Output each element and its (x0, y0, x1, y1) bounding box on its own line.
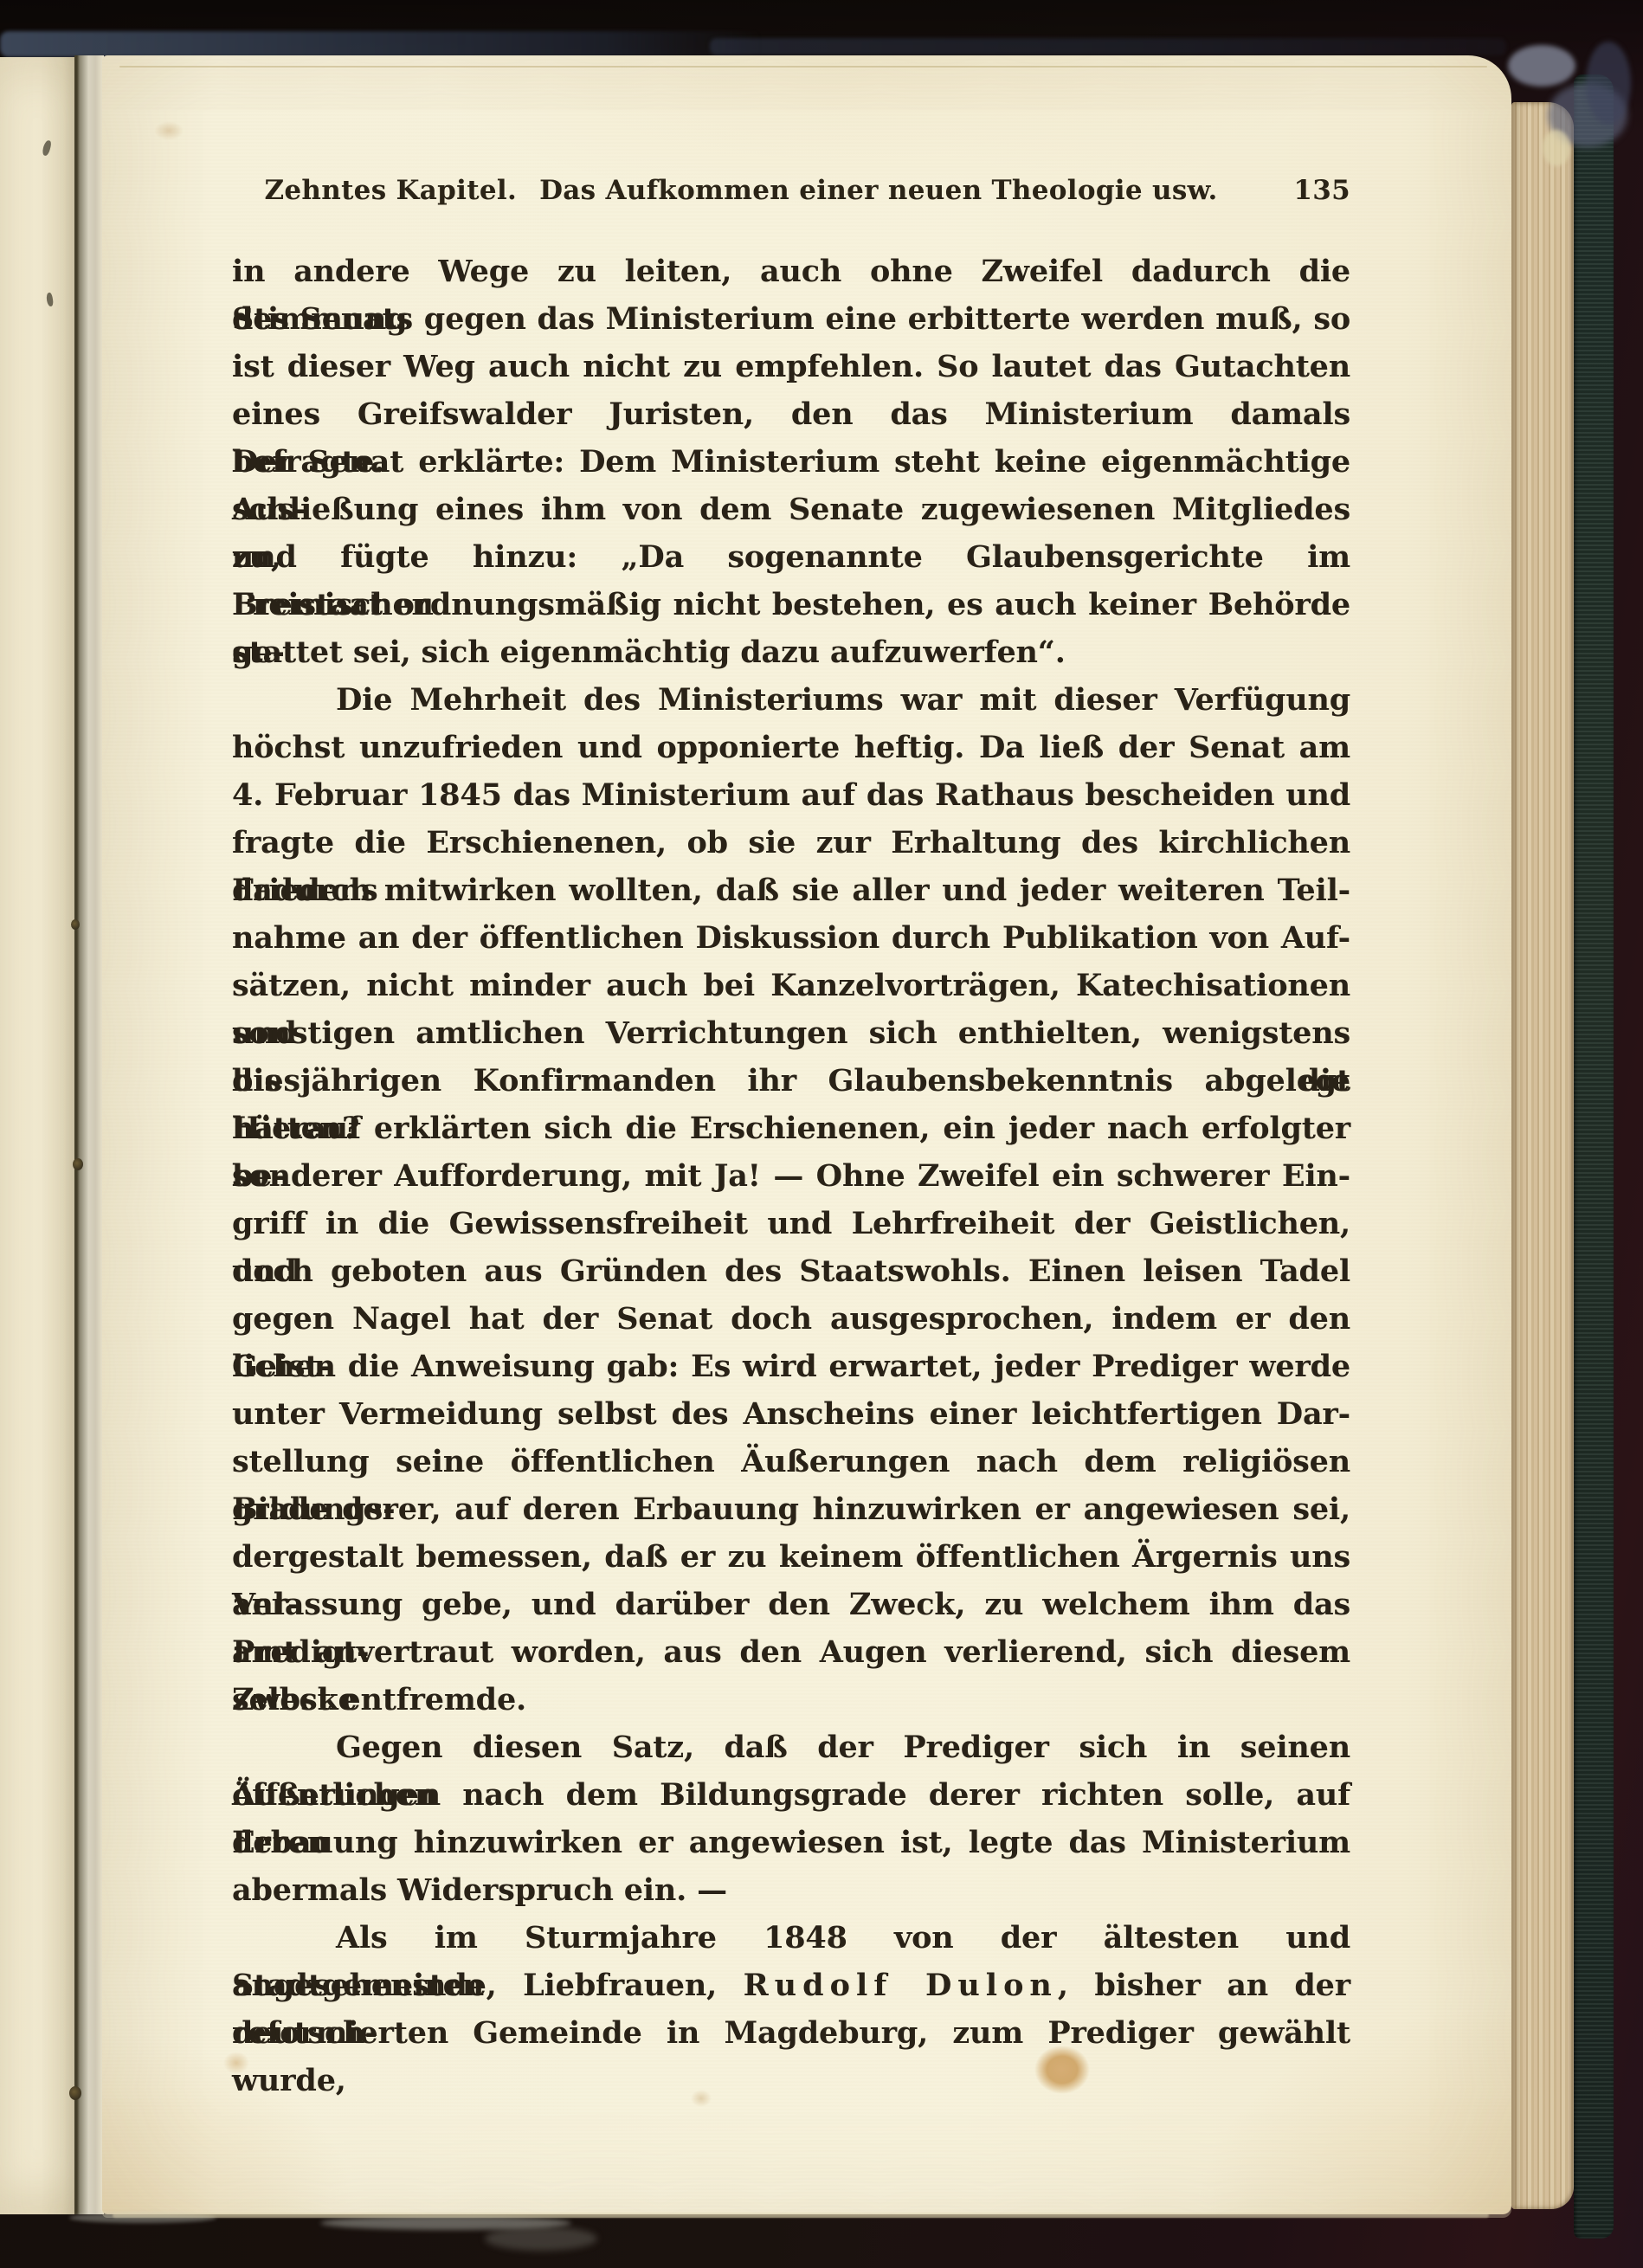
text-line: Gegen diesen Satz, daß der Prediger sich… (232, 1724, 1350, 1771)
text-line: griff in die Gewissensfreiheit und Lehrf… (232, 1200, 1350, 1247)
text-line: Als im Sturmjahre 1848 von der ältesten … (232, 1914, 1350, 1962)
paragraph: Die Mehrheit des Ministeriums war mit di… (232, 676, 1350, 1724)
text-line: ist dieser Weg auch nicht zu empfehlen. … (232, 343, 1350, 390)
stain (691, 2090, 712, 2107)
gutter-shadow (74, 55, 104, 2214)
text-line: und fügte hinzu: „Da sogenannte Glaubens… (232, 533, 1350, 581)
book-photo: Zehntes Kapitel.Das Aufkommen einer neue… (0, 0, 1643, 2268)
text-line: sonstigen amtlichen Verrichtungen sich e… (232, 1009, 1350, 1057)
chapter-title: Das Aufkommen einer neuen Theologie usw. (539, 175, 1217, 206)
text-line: unter Vermeidung selbst des Anscheins ei… (232, 1390, 1350, 1438)
text-line: diesjährigen Konfirmanden ihr Glaubensbe… (232, 1057, 1350, 1105)
text-line: selbst entfremde. (232, 1676, 1350, 1724)
chapter-label: Zehntes Kapitel. (264, 175, 517, 206)
book-cover-right-edge (1574, 74, 1614, 2239)
text-line: 4. Februar 1845 das Ministerium auf das … (232, 771, 1350, 819)
frayed-corner (1586, 42, 1631, 125)
underlying-page-edge (119, 66, 1487, 68)
text-line: anlassung gebe, und darüber den Zweck, z… (232, 1581, 1350, 1628)
text-line: stellung seine öffentlichen Äußerungen n… (232, 1438, 1350, 1485)
sewing-hole (73, 1158, 83, 1170)
text-line: sonderer Aufforderung, mit Ja! — Ohne Zw… (232, 1152, 1350, 1200)
text-line: Hierauf erklärten sich die Erschienenen,… (232, 1105, 1350, 1152)
book-cover-top-edge (0, 31, 762, 57)
text-line: gegen Nagel hat der Senat doch ausgespro… (232, 1295, 1350, 1343)
text-line: reformierten Gemeinde in Magdeburg, zum … (232, 2009, 1350, 2057)
text-line: eines Greifswalder Juristen, den das Min… (232, 390, 1350, 438)
text-line: stattet sei, sich eigenmächtig dazu aufz… (232, 628, 1350, 676)
running-header: Zehntes Kapitel.Das Aufkommen einer neue… (232, 175, 1350, 206)
book-cover-top-edge-faint (710, 38, 1506, 55)
book-page: Zehntes Kapitel.Das Aufkommen einer neue… (102, 55, 1511, 2214)
stain (223, 2052, 249, 2074)
text-line: Äußerungen nach dem Bildungsgrade derer … (232, 1771, 1350, 1819)
text-line: Der Senat erklärte: Dem Ministerium steh… (232, 438, 1350, 486)
letterspaced-person-name: Rudolf Dulon (744, 1968, 1058, 2003)
page-number: 135 (1290, 175, 1350, 206)
text-line: grade derer, auf deren Erbauung hinzuwir… (232, 1485, 1350, 1533)
text-line: fragte die Erschienenen, ob sie zur Erha… (232, 819, 1350, 867)
paragraph: Als im Sturmjahre 1848 von der ältesten … (232, 1914, 1350, 2057)
text-line: Freistaat ordnungsmäßig nicht bestehen, … (232, 581, 1350, 628)
text-line: Stadtgemeinde, Liebfrauen, Rudolf Dulon,… (232, 1962, 1350, 2009)
frayed-corner (1543, 130, 1570, 166)
text-line: nahme an der öffentlichen Diskussion dur… (232, 914, 1350, 962)
header-text: Zehntes Kapitel.Das Aufkommen einer neue… (232, 175, 1290, 206)
text-line: amt anvertraut worden, aus den Augen ver… (232, 1628, 1350, 1676)
text-line: lichen die Anweisung gab: Es wird erwart… (232, 1343, 1350, 1390)
text-line: doch geboten aus Gründen des Staatswohls… (232, 1247, 1350, 1295)
stain (1034, 2046, 1090, 2094)
facing-page-edge (0, 57, 74, 2214)
stain (154, 121, 184, 140)
text-line: Die Mehrheit des Ministeriums war mit di… (232, 676, 1350, 724)
text-line: dergestalt bemessen, daß er zu keinem öf… (232, 1533, 1350, 1581)
paragraph: in andere Wege zu leiten, auch ohne Zwei… (232, 248, 1350, 676)
text-line: Erbauung hinzuwirken er angewiesen ist, … (232, 1819, 1350, 1866)
text-line: dadurch mitwirken wollten, daß sie aller… (232, 867, 1350, 914)
text-block: in andere Wege zu leiten, auch ohne Zwei… (232, 248, 1350, 2057)
text-line: schließung eines ihm von dem Senate zuge… (232, 486, 1350, 533)
text-line: abermals Widerspruch ein. — (232, 1866, 1350, 1914)
text-line: in andere Wege zu leiten, auch ohne Zwei… (232, 248, 1350, 295)
sewing-hole (69, 2086, 81, 2100)
frayed-corner (1508, 45, 1575, 87)
text-line: des Senats gegen das Ministerium eine er… (232, 295, 1350, 343)
page-bottom-edge-highlight (113, 2213, 1489, 2218)
frayed-bottom-edge (485, 2226, 597, 2251)
page-fore-edge (1511, 102, 1574, 2209)
sewing-hole (71, 919, 80, 930)
paragraph: Gegen diesen Satz, daß der Prediger sich… (232, 1724, 1350, 1914)
text-line: höchst unzufrieden und opponierte heftig… (232, 724, 1350, 771)
text-line: sätzen, nicht minder auch bei Kanzelvort… (232, 962, 1350, 1009)
